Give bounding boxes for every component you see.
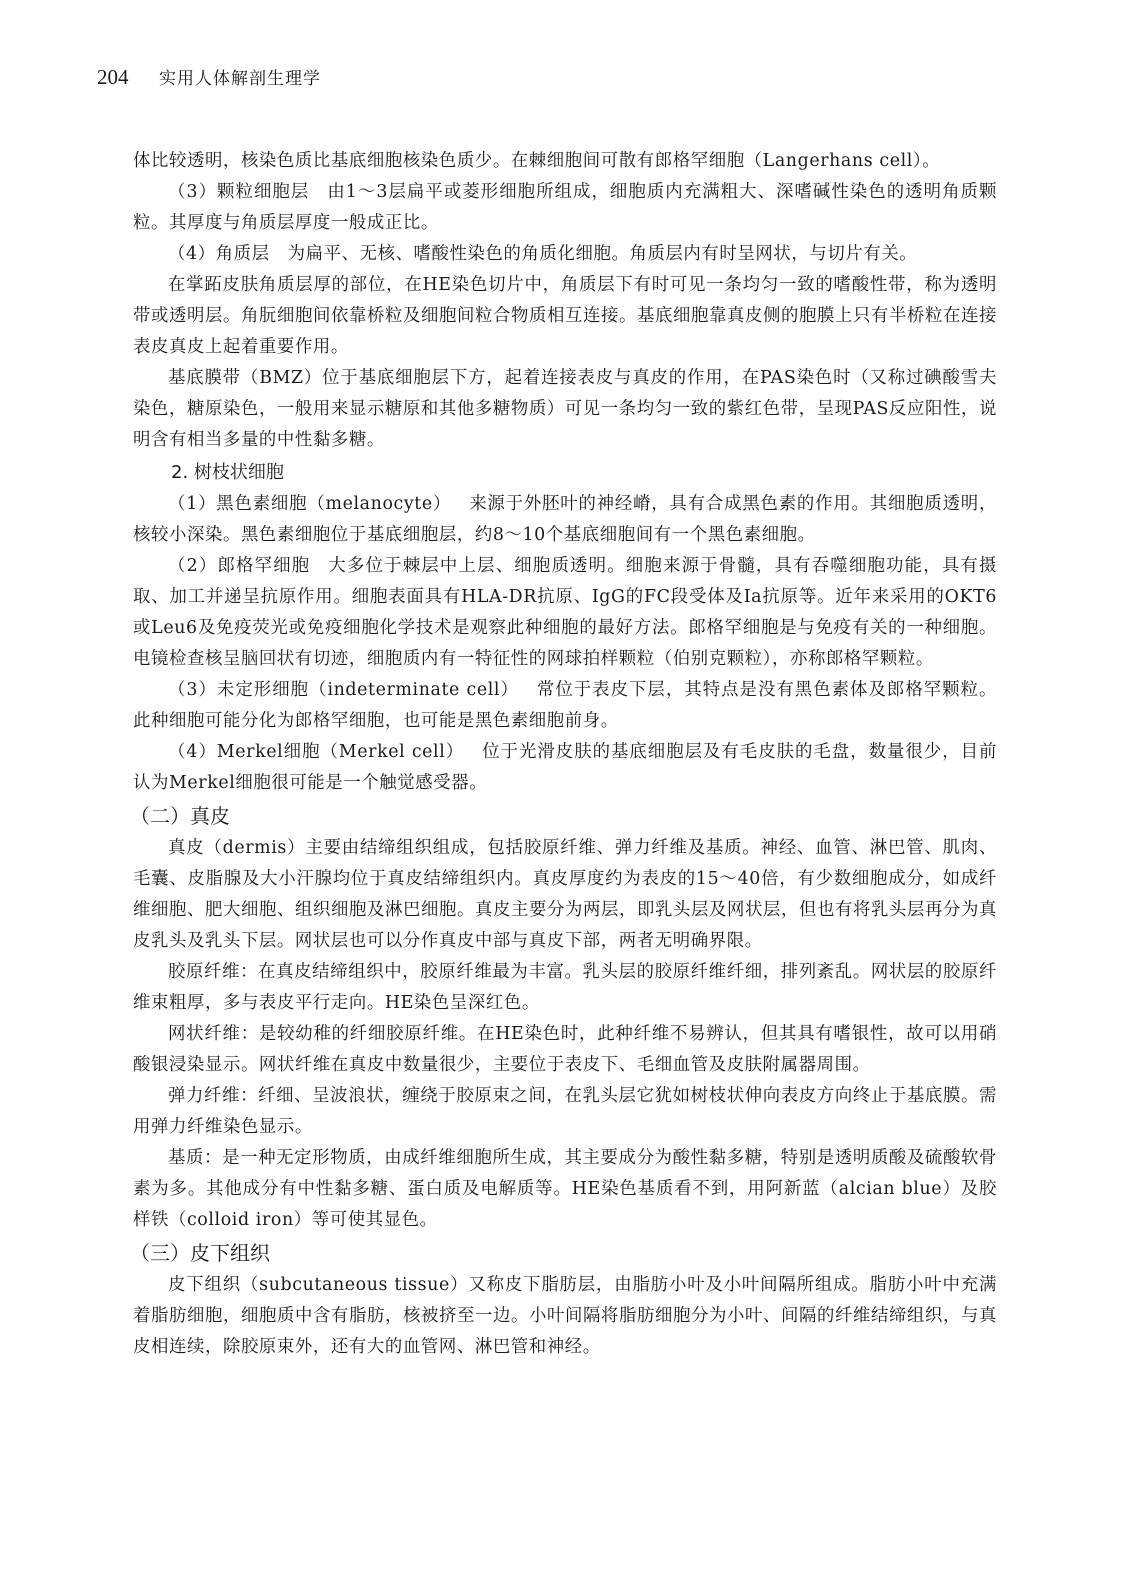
paragraph: 胶原纤维：在真皮结缔组织中，胶原纤维最为丰富。乳头层的胶原纤维纤细，排列紊乱。网… [133,957,997,1019]
paragraph: （1）黑色素细胞（melanocyte）来源于外胚叶的神经嵴，具有合成黑色素的作… [133,489,997,551]
item-lead: （4）角质层 [168,244,270,264]
paragraph: （3）未定形细胞（indeterminate cell）常位于表皮下层，其特点是… [133,675,997,737]
paragraph: 弹力纤维：纤细、呈波浪状，缠绕于胶原束之间，在乳头层它犹如树枝状伸向表皮方向终止… [133,1081,997,1143]
paragraph: 网状纤维：是较幼稚的纤细胶原纤维。在HE染色时，此种纤维不易辨认，但其具有嗜银性… [133,1019,997,1081]
paragraph: （4）角质层为扁平、无核、嗜酸性染色的角质化细胞。角质层内有时呈网状，与切片有关… [133,239,997,270]
paragraph: （4）Merkel细胞（Merkel cell）位于光滑皮肤的基底细胞层及有毛皮… [133,737,997,799]
paragraph: 体比较透明，核染色质比基底细胞核染色质少。在棘细胞间可散有郎格罕细胞（Lange… [133,146,997,177]
item-lead: （2）郎格罕细胞 [168,556,310,576]
section-heading-dermis: （二）真皮 [130,799,997,833]
item-lead: （3）颗粒细胞层 [168,182,309,202]
page-body: 体比较透明，核染色质比基底细胞核染色质少。在棘细胞间可散有郎格罕细胞（Lange… [133,146,997,1363]
section-heading-subcutaneous: （三）皮下组织 [130,1236,997,1270]
paragraph: 真皮（dermis）主要由结缔组织组成，包括胶原纤维、弹力纤维及基质。神经、血管… [133,833,997,957]
item-text: 为扁平、无核、嗜酸性染色的角质化细胞。角质层内有时呈网状，与切片有关。 [288,244,918,264]
page-header: 204 实用人体解剖生理学 [97,64,321,94]
item-lead: （4）Merkel细胞（Merkel cell） [168,742,464,762]
page-number: 204 [97,65,159,90]
item-lead: （3）未定形细胞（indeterminate cell） [168,680,519,700]
paragraph: （2）郎格罕细胞大多位于棘层中上层、细胞质透明。细胞来源于骨髓，具有吞噬细胞功能… [133,551,997,675]
running-title: 实用人体解剖生理学 [159,64,321,89]
section-heading-dendritic-cells: 2. 树枝状细胞 [133,456,997,489]
paragraph: （3）颗粒细胞层由1～3层扁平或菱形细胞所组成，细胞质内充满粗大、深嗜碱性染色的… [133,177,997,239]
paragraph: 基质：是一种无定形物质，由成纤维细胞所生成，其主要成分为酸性黏多糖，特别是透明质… [133,1143,997,1236]
paragraph: 在掌跖皮肤角质层厚的部位，在HE染色切片中，角质层下有时可见一条均匀一致的嗜酸性… [133,270,997,363]
paragraph: 基底膜带（BMZ）位于基底细胞层下方，起着连接表皮与真皮的作用，在PAS染色时（… [133,363,997,456]
item-lead: （1）黑色素细胞（melanocyte） [168,494,451,514]
paragraph: 皮下组织（subcutaneous tissue）又称皮下脂肪层，由脂肪小叶及小… [133,1270,997,1363]
